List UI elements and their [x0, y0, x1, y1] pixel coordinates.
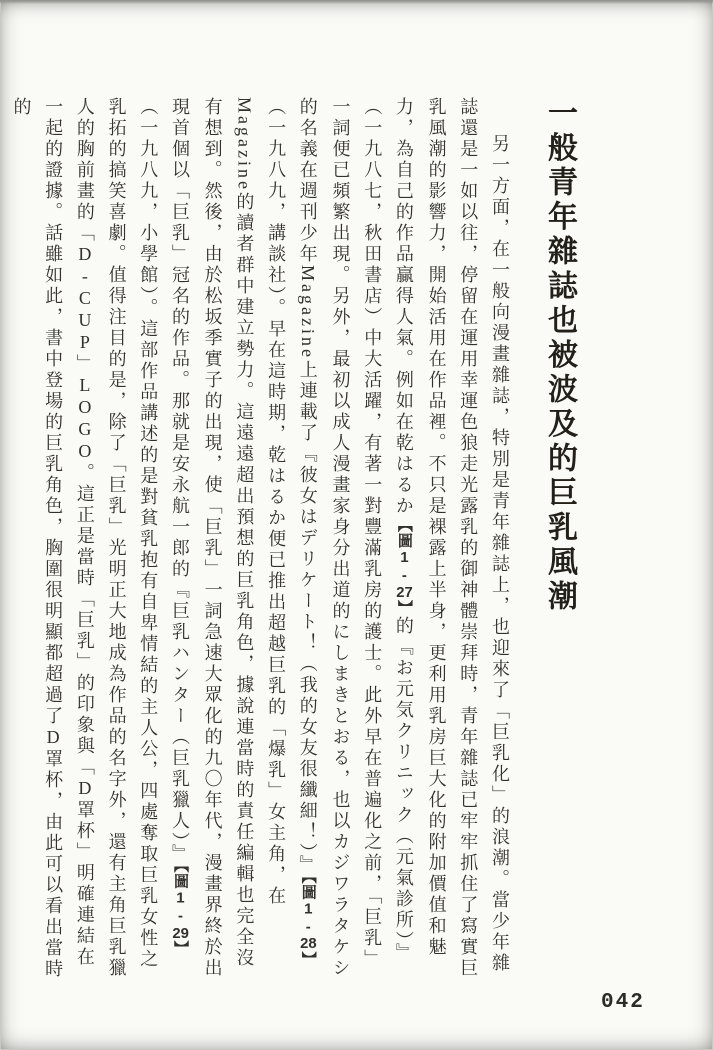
figure-reference-segment: 1-: [300, 900, 317, 936]
body-text-segment: D: [75, 778, 95, 800]
figure-reference-segment: 】: [172, 941, 189, 957]
figure-reference-segment: 【圖: [172, 865, 189, 890]
article-title: 一般青年雜誌也被波及的巨乳風潮: [537, 97, 581, 981]
figure-reference-segment: 】: [396, 600, 413, 616]
body-text-segment: （一九八九，講談社）。早在這時期，乾はるか便已推出超越巨乳的「爆乳」女主角，在M…: [170, 97, 286, 979]
book-page: 一般青年雜誌也被波及的巨乳風潮 另一方面，在一般向漫畫雜誌，特別是青年雜誌上，也…: [0, 0, 713, 1050]
body-text-segment: 」: [75, 354, 95, 375]
figure-reference-segment: 29: [172, 926, 189, 941]
figure-reference-segment: 【圖: [396, 517, 413, 549]
page-number: 042: [601, 991, 645, 1014]
body-text-segment: D-CUP: [75, 244, 95, 354]
body-text-segment: LOGO: [75, 375, 95, 463]
figure-reference-segment: 1-: [172, 890, 189, 926]
body-text: 另一方面，在一般向漫畫雜誌，特別是青年雜誌上，也迎來了「巨乳化」的浪潮。當少年雜…: [5, 97, 515, 981]
figure-reference-segment: 1-: [396, 549, 413, 585]
figure-reference-segment: 【圖: [300, 876, 317, 901]
page-content: 一般青年雜誌也被波及的巨乳風潮 另一方面，在一般向漫畫雜誌，特別是青年雜誌上，也…: [5, 97, 601, 981]
body-text-segment: 。這正是當時「巨乳」的印象與「: [75, 463, 95, 778]
figure-reference-segment: 28: [300, 936, 317, 951]
figure-reference-segment: 】: [300, 951, 317, 967]
body-text-segment: D: [43, 727, 63, 749]
figure-reference-segment: 27: [396, 585, 413, 600]
